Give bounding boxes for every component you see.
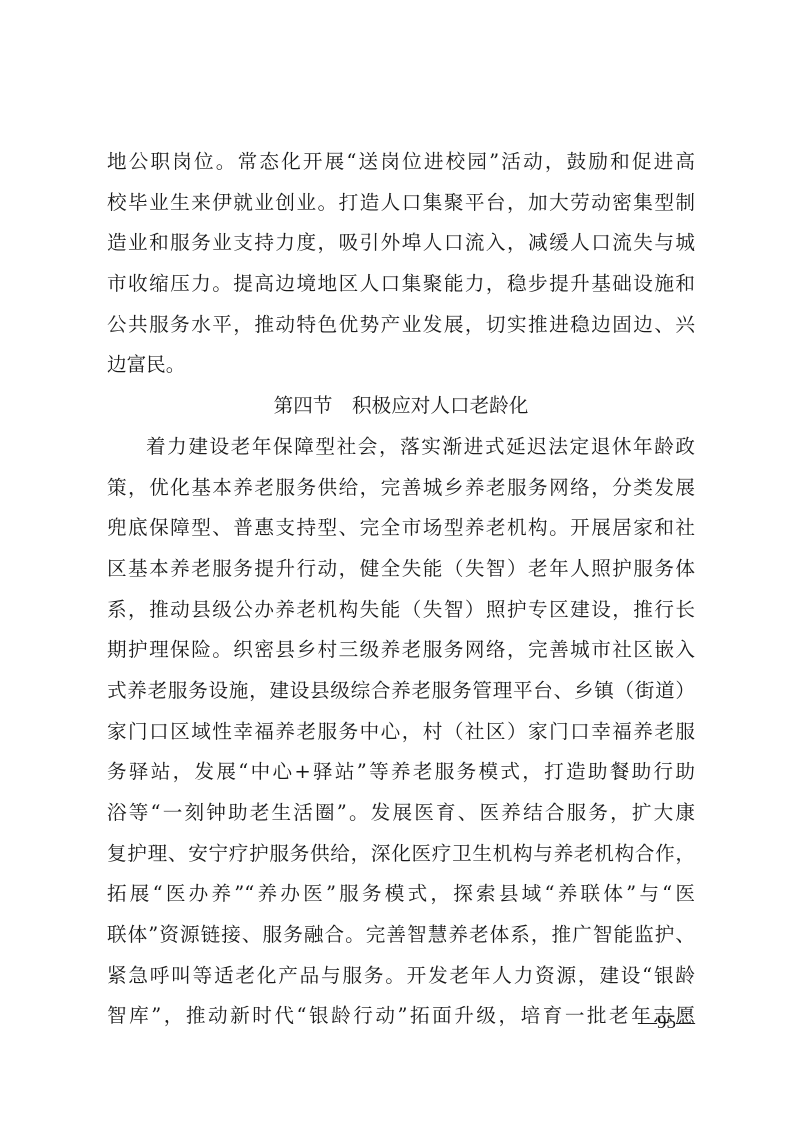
paragraph-line: 联体”资源链接、服务融合。完善智慧养老体系，推广智能监护、 bbox=[107, 915, 695, 956]
paragraph-line: 务驿站，发展“中心+驿站”等养老服务模式，打造助餐助行助 bbox=[107, 752, 695, 793]
document-page: 地公职岗位。常态化开展“送岗位进校园”活动，鼓励和促进高 校毕业生来伊就业创业。… bbox=[0, 0, 793, 1122]
section-heading: 第四节 积极应对人口老龄化 bbox=[107, 386, 695, 427]
paragraph-line: 市收缩压力。提高边境地区人口集聚能力，稳步提升基础设施和 bbox=[107, 264, 695, 305]
page-number: —95— bbox=[638, 1012, 695, 1034]
paragraph-line: 拓展“医办养”“养办医”服务模式，探索县域“养联体”与“医 bbox=[107, 874, 695, 915]
paragraph-line: 式养老服务设施，建设县级综合养老服务管理平台、乡镇（街道） bbox=[107, 671, 695, 712]
paragraph-line: 策，优化基本养老服务供给，完善城乡养老服务网络，分类发展 bbox=[107, 468, 695, 509]
paragraph-line: 浴等“一刻钟助老生活圈”。发展医育、医养结合服务，扩大康 bbox=[107, 793, 695, 834]
paragraph-line: 智库”，推动新时代“银龄行动”拓面升级，培育一批老年志愿 bbox=[107, 996, 695, 1037]
paragraph-line: 公共服务水平，推动特色优势产业发展，切实推进稳边固边、兴 bbox=[107, 305, 695, 346]
paragraph-line: 期护理保险。织密县乡村三级养老服务网络，完善城市社区嵌入 bbox=[107, 630, 695, 671]
paragraph-line: 校毕业生来伊就业创业。打造人口集聚平台，加大劳动密集型制 bbox=[107, 183, 695, 224]
paragraph-line: 兜底保障型、普惠支持型、完全市场型养老机构。开展居家和社 bbox=[107, 508, 695, 549]
paragraph-line: 边富民。 bbox=[107, 345, 695, 386]
paragraph-line: 着力建设老年保障型社会，落实渐进式延迟法定退休年龄政 bbox=[107, 427, 695, 468]
paragraph-line: 区基本养老服务提升行动，健全失能（失智）老年人照护服务体 bbox=[107, 549, 695, 590]
paragraph-line: 家门口区域性幸福养老服务中心，村（社区）家门口幸福养老服 bbox=[107, 712, 695, 753]
paragraph-line: 造业和服务业支持力度，吸引外埠人口流入，减缓人口流失与城 bbox=[107, 223, 695, 264]
paragraph-line: 紧急呼叫等适老化产品与服务。开发老年人力资源，建设“银龄 bbox=[107, 956, 695, 997]
body-text: 地公职岗位。常态化开展“送岗位进校园”活动，鼓励和促进高 校毕业生来伊就业创业。… bbox=[107, 142, 695, 1037]
paragraph-line: 复护理、安宁疗护服务供给，深化医疗卫生机构与养老机构合作， bbox=[107, 834, 695, 875]
paragraph-line: 地公职岗位。常态化开展“送岗位进校园”活动，鼓励和促进高 bbox=[107, 142, 695, 183]
paragraph-line: 系，推动县级公办养老机构失能（失智）照护专区建设，推行长 bbox=[107, 590, 695, 631]
